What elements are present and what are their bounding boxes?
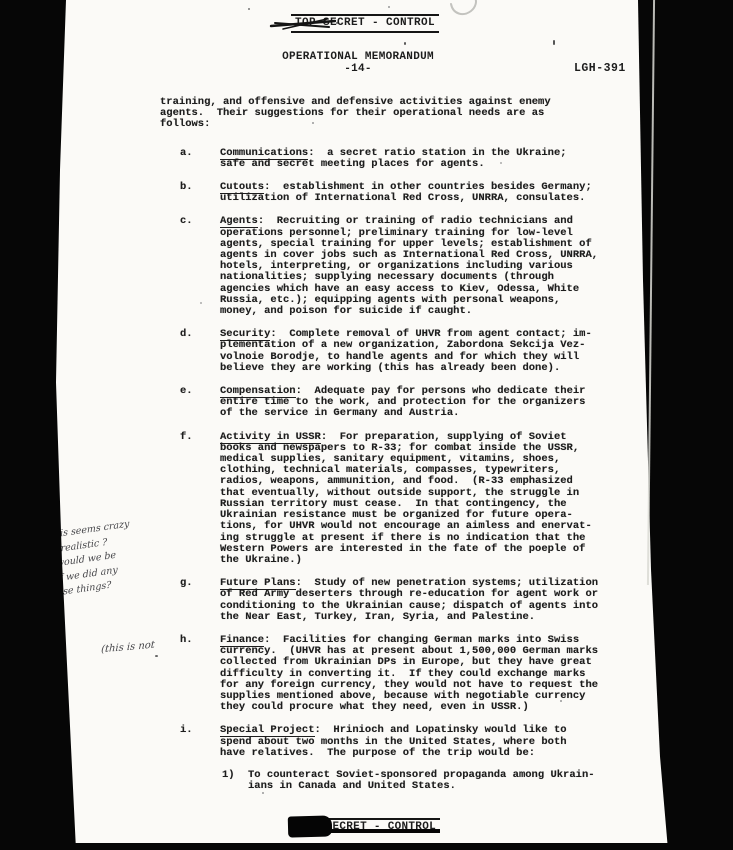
- list-item-f: f. Activity in USSR: For preparation, su…: [180, 432, 630, 566]
- list-item-c: c. Agents: Recruiting or training of rad…: [180, 216, 630, 317]
- list-item-g: g. Future Plans: Study of new penetratio…: [180, 578, 630, 623]
- scanned-memo-page: TOP SECRET - CONTROL OPERATIONAL MEMORAN…: [0, 0, 733, 850]
- list-item-d: d. Security: Complete removal of UHVR fr…: [180, 329, 630, 374]
- classification-stamp-top: TOP SECRET - CONTROL: [291, 14, 439, 33]
- item-label: c.: [180, 216, 220, 317]
- noise-speck: [155, 655, 158, 657]
- list-item-a: a. Communications: a secret ratio statio…: [180, 148, 630, 170]
- scan-edge-left: [0, 0, 80, 850]
- item-label: h.: [180, 635, 220, 713]
- item-text: Special Project: Hrinioch and Lopatinsky…: [220, 725, 630, 792]
- classification-text: SECRET - CONTROL: [323, 17, 435, 29]
- redaction-mark: [288, 815, 333, 837]
- memo-page-number: -14-: [281, 63, 435, 75]
- item-text: Cutouts: establishment in other countrie…: [220, 182, 630, 204]
- subitem-label: 1): [222, 770, 248, 792]
- item-body: : Recruiting or training of radio techni…: [220, 215, 598, 317]
- sub-list-item-1: 1) To counteract Soviet-sponsored propag…: [222, 770, 630, 792]
- memo-body: training, and offensive and defensive ac…: [160, 97, 630, 792]
- memo-title: OPERATIONAL MEMORANDUM: [281, 51, 435, 63]
- item-text: Activity in USSR: For preparation, suppl…: [220, 432, 630, 566]
- item-label: i.: [180, 725, 220, 792]
- item-label: g.: [180, 578, 220, 623]
- item-text: Agents: Recruiting or training of radio …: [220, 216, 630, 317]
- item-text: Compensation: Adequate pay for persons w…: [220, 386, 630, 420]
- pen-curve-mark: [449, 0, 479, 18]
- list-item-e: e. Compensation: Adequate pay for person…: [180, 386, 630, 420]
- list-item-i: i. Special Project: Hrinioch and Lopatin…: [180, 725, 630, 792]
- item-body: : establishment in other countries besid…: [220, 181, 592, 204]
- item-text: Future Plans: Study of new penetration s…: [220, 578, 630, 623]
- item-label: a.: [180, 148, 220, 170]
- handwritten-margin-note-2: (this is not: [101, 640, 155, 656]
- item-body: : Facilities for changing German marks i…: [220, 634, 598, 713]
- item-label: d.: [180, 329, 220, 374]
- list-item-b: b. Cutouts: establishment in other count…: [180, 182, 630, 204]
- noise-speck: [248, 8, 250, 10]
- classification-struck-word: TOP: [295, 17, 316, 29]
- scan-edge-bottom: [0, 843, 733, 850]
- item-text: Communications: a secret ratio station i…: [220, 148, 630, 170]
- noise-speck: [388, 6, 390, 8]
- memo-title-block: OPERATIONAL MEMORANDUM -14-: [281, 51, 435, 75]
- item-body: : Complete removal of UHVR from agent co…: [220, 328, 592, 374]
- item-label: e.: [180, 386, 220, 420]
- item-label: b.: [180, 182, 220, 204]
- item-text: Security: Complete removal of UHVR from …: [220, 329, 630, 374]
- subitem-text: To counteract Soviet-sponsored propagand…: [248, 770, 595, 792]
- classification-text: SECRET - CONTROL: [326, 821, 436, 833]
- item-label: f.: [180, 432, 220, 566]
- classification-stamp-bottom: SECRET - CONTROL: [292, 818, 440, 833]
- list-item-h: h. Finance: Facilities for changing Germ…: [180, 635, 630, 713]
- item-text: Finance: Facilities for changing German …: [220, 635, 630, 713]
- intro-paragraph: training, and offensive and defensive ac…: [160, 97, 630, 131]
- noise-speck: [553, 40, 555, 45]
- doc-number: LGH-391: [574, 62, 626, 75]
- item-body: : For preparation, supplying of Soviet b…: [220, 431, 592, 566]
- noise-speck: [404, 42, 406, 45]
- scan-edge-right: [630, 0, 733, 850]
